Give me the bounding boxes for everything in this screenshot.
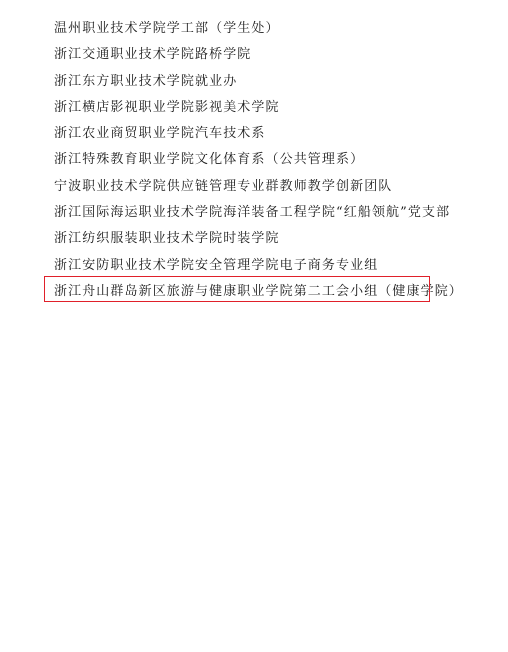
unit-list: 温州职业技术学院学工部（学生处） 浙江交通职业技术学院路桥学院 浙江东方职业技术… xyxy=(54,16,463,305)
list-item: 浙江横店影视职业学院影视美术学院 xyxy=(54,95,463,121)
list-item: 浙江纺织服装职业技术学院时装学院 xyxy=(54,226,463,252)
highlight-box xyxy=(44,276,430,302)
list-item: 浙江国际海运职业技术学院海洋装备工程学院“红船领航”党支部 xyxy=(54,200,463,226)
list-item: 宁波职业技术学院供应链管理专业群教师教学创新团队 xyxy=(54,174,463,200)
list-item: 浙江交通职业技术学院路桥学院 xyxy=(54,42,463,68)
list-item: 浙江特殊教育职业学院文化体育系（公共管理系） xyxy=(54,147,463,173)
list-item: 温州职业技术学院学工部（学生处） xyxy=(54,16,463,42)
list-item: 浙江农业商贸职业学院汽车技术系 xyxy=(54,121,463,147)
list-item: 浙江东方职业技术学院就业办 xyxy=(54,69,463,95)
